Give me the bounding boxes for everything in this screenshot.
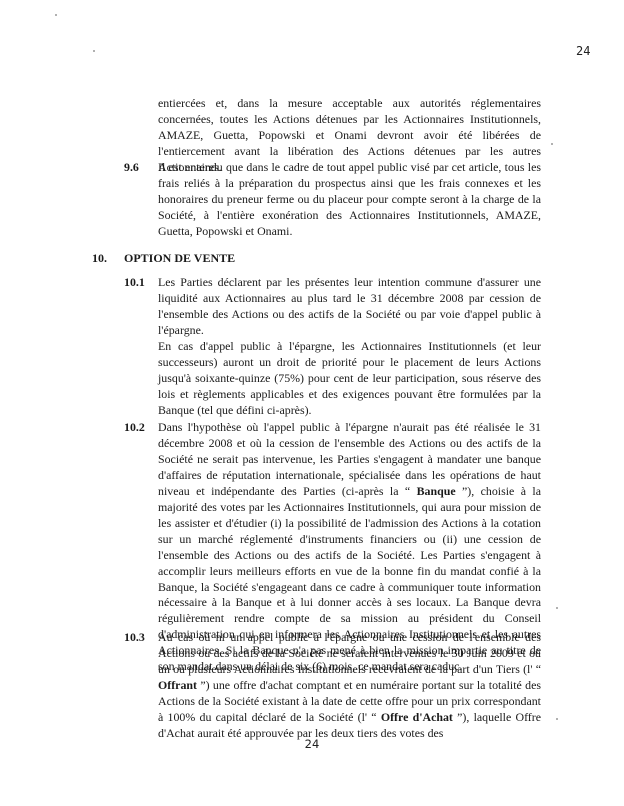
- section-title: OPTION DE VENTE: [124, 251, 235, 266]
- clause-10-1-paragraph-1: Les Parties déclarent par les présentes …: [158, 275, 541, 339]
- clause-9-6-text: Il est entendu que dans le cadre de tout…: [158, 160, 541, 240]
- clause-10-3-text: Au cas où ni un appel public à l'épargne…: [158, 630, 541, 742]
- clause-10-1-paragraph-2: En cas d'appel public à l'épargne, les A…: [158, 339, 541, 419]
- defined-term-offre-achat: Offre d'Achat: [381, 710, 453, 724]
- clause-number-9-6: 9.6: [124, 160, 139, 176]
- clause-number-10-3: 10.3: [124, 630, 145, 646]
- section-number-10: 10.: [92, 251, 107, 266]
- defined-term-offrant: Offrant: [158, 678, 197, 692]
- page-number-top: 24: [576, 44, 590, 58]
- scan-speck: [556, 607, 558, 609]
- scan-speck: [551, 143, 553, 145]
- scan-speck: [556, 718, 558, 720]
- page-number-bottom: 24: [0, 737, 624, 751]
- scan-speck: [93, 50, 95, 52]
- clause-number-10-2: 10.2: [124, 420, 145, 436]
- clause-number-10-1: 10.1: [124, 275, 145, 291]
- clause-10-3-text-a: Au cas où ni un appel public à l'épargne…: [158, 630, 541, 676]
- scan-speck: [55, 14, 57, 16]
- defined-term-banque: Banque: [417, 484, 456, 498]
